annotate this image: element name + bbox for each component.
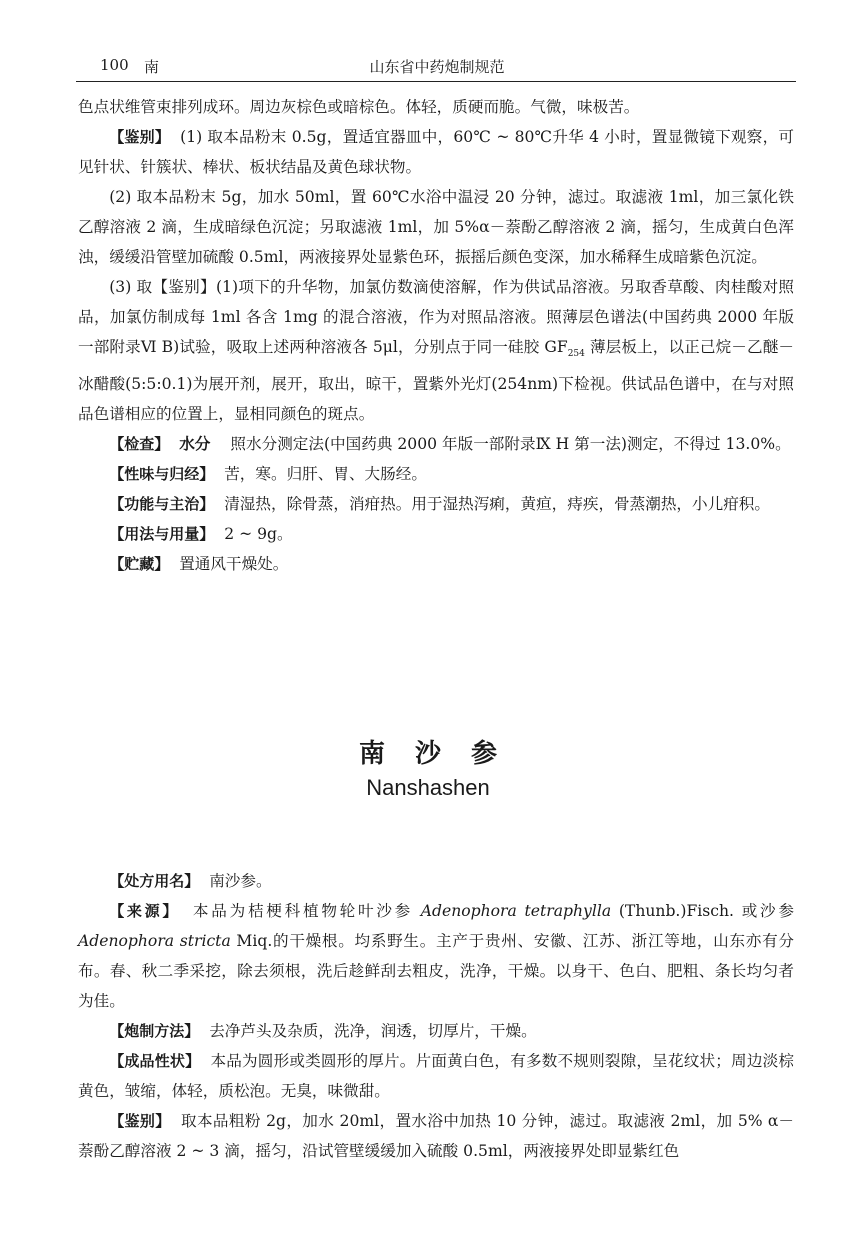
paragraph-text: 照水分测定法(中国药典 2000 年版一部附录Ⅸ H 第一法)测定，不得过 13… bbox=[230, 435, 790, 453]
description-continuation: 色点状维管束排列成环。周边灰棕色或暗棕色。体轻，质硬而脆。气微，味极苦。 bbox=[78, 92, 794, 122]
processing-method: 【炮制方法】去净芦头及杂质，洗净，润透，切厚片，干燥。 bbox=[78, 1016, 794, 1046]
paragraph-text: 苦，寒。归肝、胃、大肠经。 bbox=[224, 465, 427, 483]
subscript: 254 bbox=[568, 349, 585, 359]
paragraph-text: 本品为桔梗科植物轮叶沙参 bbox=[190, 902, 421, 920]
section-label: 【性味与归经】 bbox=[109, 465, 214, 483]
identification-2: (2) 取本品粉末 5g，加水 50ml，置 60℃水浴中温浸 20 分钟，滤过… bbox=[78, 182, 794, 272]
entry-title-chinese: 南沙参 bbox=[0, 733, 856, 770]
running-title: 山东省中药炮制规范 bbox=[78, 56, 796, 77]
paragraph-text: (1) 取本品粉末 0.5g，置适宜器皿中，60℃ ~ 80℃升华 4 小时，置… bbox=[78, 128, 794, 176]
paragraph-text: 南沙参。 bbox=[209, 872, 271, 890]
source: 【来源】本品为桔梗科植物轮叶沙参 Adenophora tetraphylla … bbox=[78, 896, 794, 1016]
section-label: 【鉴别】 bbox=[109, 1112, 170, 1130]
storage: 【贮藏】置通风干燥处。 bbox=[78, 549, 794, 579]
section-label: 【炮制方法】 bbox=[109, 1022, 199, 1040]
entry-body: 【处方用名】南沙参。 【来源】本品为桔梗科植物轮叶沙参 Adenophora t… bbox=[78, 866, 794, 1166]
section-label: 【功能与主治】 bbox=[109, 495, 214, 513]
paragraph-text: 清湿热，除骨蒸，消疳热。用于湿热泻痢，黄疸，痔疾，骨蒸潮热，小儿疳积。 bbox=[224, 495, 770, 513]
entry-title-pinyin: Nanshashen bbox=[0, 775, 856, 801]
identification-1: 【鉴别】(1) 取本品粉末 0.5g，置适宜器皿中，60℃ ~ 80℃升华 4 … bbox=[78, 122, 794, 182]
identification: 【鉴别】取本品粗粉 2g，加水 20ml，置水浴中加热 10 分钟，滤过。取滤液… bbox=[78, 1106, 794, 1166]
identification-3: (3) 取【鉴别】(1)项下的升华物，加氯仿数滴使溶解，作为供试品溶液。另取香草… bbox=[78, 272, 794, 429]
section-label: 【来源】 bbox=[109, 902, 180, 920]
paragraph-text: 取本品粗粉 2g，加水 20ml，置水浴中加热 10 分钟，滤过。取滤液 2ml… bbox=[78, 1112, 794, 1160]
section-label: 【成品性状】 bbox=[109, 1052, 200, 1070]
nature-meridian: 【性味与归经】苦，寒。归肝、胃、大肠经。 bbox=[78, 459, 794, 489]
function-indication: 【功能与主治】清湿热，除骨蒸，消疳热。用于湿热泻痢，黄疸，痔疾，骨蒸潮热，小儿疳… bbox=[78, 489, 794, 519]
paragraph-text: 置通风干燥处。 bbox=[179, 555, 288, 573]
latin-name: Adenophora stricta bbox=[78, 932, 231, 950]
latin-name: Adenophora tetraphylla bbox=[421, 902, 611, 920]
dosage: 【用法与用量】2 ~ 9g。 bbox=[78, 519, 794, 549]
paragraph-text: (Thunb.)Fisch. 或沙参 bbox=[611, 902, 794, 920]
paragraph-text: 去净芦头及杂质，洗净，润透，切厚片，干燥。 bbox=[209, 1022, 536, 1040]
paragraph-text: 2 ~ 9g。 bbox=[224, 525, 292, 543]
section-label: 【用法与用量】 bbox=[109, 525, 214, 543]
section-label: 【检查】 bbox=[109, 435, 169, 453]
section-label: 【处方用名】 bbox=[109, 872, 199, 890]
page-header: 100 南 山东省中药炮制规范 bbox=[78, 56, 796, 78]
section-label: 【鉴别】 bbox=[109, 128, 170, 146]
prescription-name: 【处方用名】南沙参。 bbox=[78, 866, 794, 896]
sub-label: 水分 bbox=[179, 435, 210, 453]
inspection: 【检查】水分照水分测定法(中国药典 2000 年版一部附录Ⅸ H 第一法)测定，… bbox=[78, 429, 794, 459]
product-characteristics: 【成品性状】本品为圆形或类圆形的厚片。片面黄白色，有多数不规则裂隙，呈花纹状；周… bbox=[78, 1046, 794, 1106]
previous-entry-continuation: 色点状维管束排列成环。周边灰棕色或暗棕色。体轻，质硬而脆。气微，味极苦。 【鉴别… bbox=[78, 92, 794, 579]
header-rule bbox=[76, 81, 796, 82]
section-label: 【贮藏】 bbox=[109, 555, 169, 573]
